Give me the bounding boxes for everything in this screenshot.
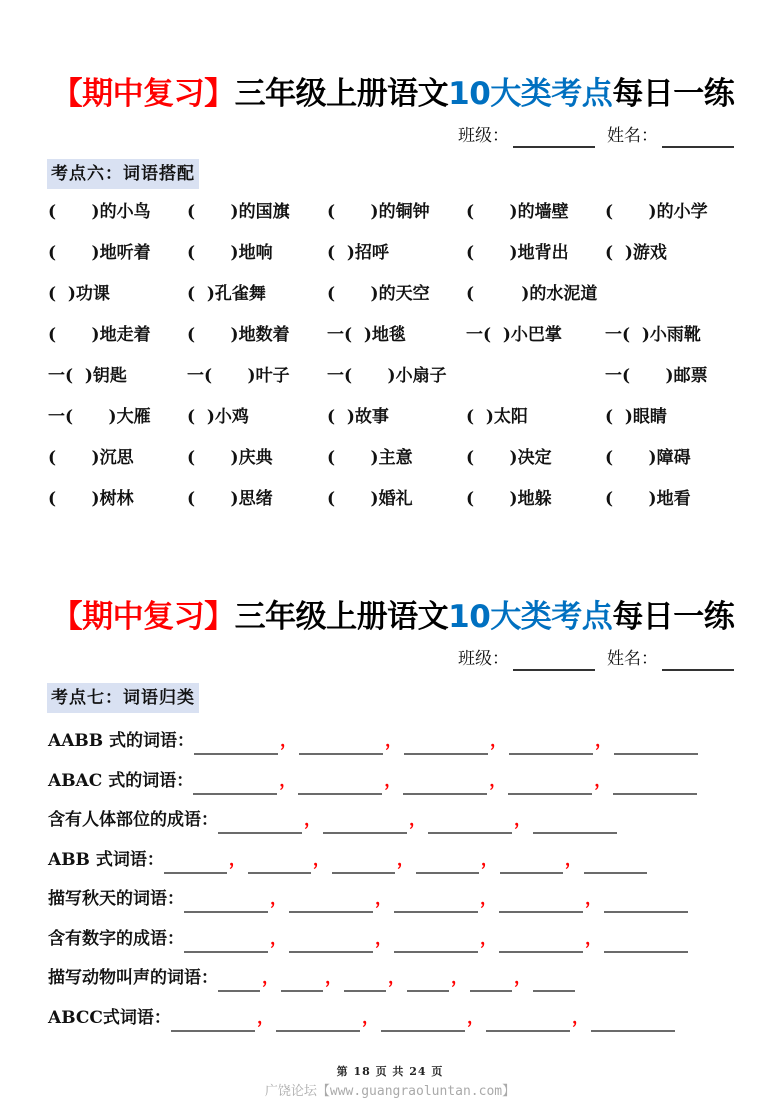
separator-comma: ，: [323, 964, 344, 992]
matching-item[interactable]: 一( )大雁: [48, 402, 151, 432]
page-indicator: 第 18 页 共 24 页: [0, 1063, 780, 1079]
separator-comma: ，: [278, 727, 299, 755]
matching-item[interactable]: ( )小鸡: [187, 402, 249, 432]
class-field[interactable]: [513, 128, 595, 148]
answer-blank[interactable]: [323, 812, 407, 834]
category-label: ABCC式词语：: [48, 1004, 171, 1032]
class-field[interactable]: [513, 651, 595, 671]
matching-item[interactable]: ( )庆典: [187, 443, 273, 473]
answer-blank[interactable]: [407, 970, 449, 992]
separator-comma: ，: [593, 727, 614, 755]
matching-item[interactable]: ( )思绪: [187, 484, 273, 514]
category-row: 描写动物叫声的词语：，，，，，: [48, 964, 575, 992]
separator-comma: ，: [268, 925, 289, 953]
answer-blank[interactable]: [248, 852, 311, 874]
class-label: 班级：: [458, 647, 509, 671]
matching-row: ( )地走着( )地数着一( )地毯一( )小巴掌一( )小雨靴: [48, 320, 768, 350]
separator-comma: ，: [382, 767, 403, 795]
separator-comma: ，: [311, 846, 332, 874]
separator-comma: ，: [383, 727, 404, 755]
answer-blank[interactable]: [394, 931, 478, 953]
separator-comma: ，: [563, 846, 584, 874]
matching-row: ( )的小鸟( )的国旗( )的铜钟( )的墙壁( )的小学: [48, 197, 768, 227]
section-label: 考点六：词语搭配: [47, 159, 199, 189]
matching-item[interactable]: ( )地背出: [466, 238, 569, 268]
answer-blank[interactable]: [613, 773, 697, 795]
matching-item[interactable]: ( )游戏: [605, 238, 667, 268]
separator-comma: ，: [478, 885, 499, 913]
answer-blank[interactable]: [533, 812, 617, 834]
matching-item[interactable]: ( )地躲: [466, 484, 552, 514]
category-label: 描写秋天的词语：: [48, 885, 184, 913]
answer-blank[interactable]: [403, 773, 487, 795]
answer-blank[interactable]: [171, 1010, 255, 1032]
category-label: ABAC 式的词语：: [48, 767, 193, 795]
matching-item[interactable]: ( )故事: [327, 402, 389, 432]
answer-blank[interactable]: [194, 733, 278, 755]
separator-comma: ，: [268, 885, 289, 913]
separator-comma: ，: [360, 1004, 381, 1032]
matching-item[interactable]: ( )主意: [327, 443, 413, 473]
matching-row: ( )树林( )思绪( )婚礼( )地躲( )地看: [48, 484, 768, 514]
title-tag: 【期中复习】: [52, 599, 235, 635]
separator-comma: ，: [583, 925, 604, 953]
category-label: ABB 式词语：: [48, 846, 164, 874]
answer-blank[interactable]: [193, 773, 277, 795]
matching-item[interactable]: ( )招呼: [327, 238, 389, 268]
answer-blank[interactable]: [344, 970, 386, 992]
matching-item[interactable]: ( )孔雀舞: [187, 279, 266, 309]
separator-comma: ，: [465, 1004, 486, 1032]
section-label: 考点七：词语归类: [47, 683, 199, 713]
matching-row: 一( )大雁( )小鸡( )故事( )太阳( )眼睛: [48, 402, 768, 432]
matching-item[interactable]: ( )的墙壁: [466, 197, 569, 227]
category-row: 含有人体部位的成语：，，，: [48, 806, 617, 834]
answer-blank[interactable]: [381, 1010, 465, 1032]
answer-blank[interactable]: [499, 891, 583, 913]
matching-item[interactable]: ( )地听着: [48, 238, 151, 268]
matching-item[interactable]: ( )婚礼: [327, 484, 413, 514]
separator-comma: ，: [386, 964, 407, 992]
name-field[interactable]: [662, 128, 734, 148]
answer-blank[interactable]: [298, 773, 382, 795]
worksheet-title: 【期中复习】三年级上册语文10大类考点每日一练: [48, 597, 738, 637]
answer-blank[interactable]: [591, 1010, 675, 1032]
matching-row: ( )沉思( )庆典( )主意( )决定( )障碍: [48, 443, 768, 473]
matching-item[interactable]: ( )眼睛: [605, 402, 667, 432]
answer-blank[interactable]: [509, 733, 593, 755]
matching-item[interactable]: ( )的国旗: [187, 197, 290, 227]
answer-blank[interactable]: [299, 733, 383, 755]
matching-item[interactable]: 一( )小雨靴: [605, 320, 701, 350]
answer-blank[interactable]: [218, 970, 260, 992]
answer-blank[interactable]: [486, 1010, 570, 1032]
separator-comma: ，: [583, 885, 604, 913]
answer-blank[interactable]: [184, 931, 268, 953]
matching-row: ( )功课( )孔雀舞( )的天空( )的水泥道: [48, 279, 768, 309]
answer-blank[interactable]: [332, 852, 395, 874]
separator-comma: ，: [260, 964, 281, 992]
matching-item[interactable]: ( )地数着: [187, 320, 290, 350]
separator-comma: ，: [512, 806, 533, 834]
name-field[interactable]: [662, 651, 734, 671]
answer-blank[interactable]: [584, 852, 647, 874]
matching-row: ( )地听着( )地响( )招呼( )地背出( )游戏: [48, 238, 768, 268]
title-highlight: 10大类考点: [448, 599, 612, 635]
answer-blank[interactable]: [164, 852, 227, 874]
separator-comma: ，: [487, 767, 508, 795]
matching-item[interactable]: 一( )小巴掌: [466, 320, 562, 350]
separator-comma: ，: [570, 1004, 591, 1032]
separator-comma: ，: [302, 806, 323, 834]
matching-item[interactable]: ( )决定: [466, 443, 552, 473]
answer-blank[interactable]: [281, 970, 323, 992]
answer-blank[interactable]: [604, 891, 688, 913]
category-row: ABAC 式的词语：，，，，: [48, 767, 697, 795]
separator-comma: ，: [478, 925, 499, 953]
separator-comma: ，: [255, 1004, 276, 1032]
category-row: 描写秋天的词语：，，，，: [48, 885, 688, 913]
class-label: 班级：: [458, 124, 509, 148]
answer-blank[interactable]: [276, 1010, 360, 1032]
answer-blank[interactable]: [604, 931, 688, 953]
category-label: 含有数字的成语：: [48, 925, 184, 953]
category-row: ABCC式词语：，，，，: [48, 1004, 675, 1032]
separator-comma: ，: [227, 846, 248, 874]
worksheet-title: 【期中复习】三年级上册语文10大类考点每日一练: [48, 74, 738, 114]
matching-item[interactable]: ( )的天空: [327, 279, 430, 309]
separator-comma: ，: [373, 925, 394, 953]
matching-item[interactable]: ( )功课: [48, 279, 110, 309]
matching-item[interactable]: 一( )邮票: [605, 361, 708, 391]
matching-item[interactable]: 一( )小扇子: [327, 361, 447, 391]
answer-blank[interactable]: [184, 891, 268, 913]
separator-comma: ，: [407, 806, 428, 834]
answer-blank[interactable]: [404, 733, 488, 755]
matching-item[interactable]: ( )的铜钟: [327, 197, 430, 227]
matching-item[interactable]: ( )障碍: [605, 443, 691, 473]
separator-comma: ，: [449, 964, 470, 992]
answer-blank[interactable]: [470, 970, 512, 992]
matching-item[interactable]: ( )地走着: [48, 320, 151, 350]
title-highlight: 10大类考点: [448, 76, 612, 112]
matching-item[interactable]: 一( )地毯: [327, 320, 406, 350]
matching-item[interactable]: ( )树林: [48, 484, 134, 514]
answer-blank[interactable]: [289, 891, 373, 913]
category-label: AABB 式的词语：: [48, 727, 194, 755]
matching-item[interactable]: 一( )钥匙: [48, 361, 127, 391]
name-label: 姓名：: [607, 647, 658, 671]
matching-item[interactable]: ( )地响: [187, 238, 273, 268]
category-label: 描写动物叫声的词语：: [48, 964, 218, 992]
answer-blank[interactable]: [499, 931, 583, 953]
matching-row: 一( )钥匙一( )叶子一( )小扇子一( )邮票: [48, 361, 768, 391]
answer-blank[interactable]: [533, 970, 575, 992]
name-label: 姓名：: [607, 124, 658, 148]
separator-comma: ，: [373, 885, 394, 913]
answer-blank[interactable]: [394, 891, 478, 913]
class-name-row: 班级： 姓名：: [458, 647, 734, 671]
separator-comma: ，: [277, 767, 298, 795]
answer-blank[interactable]: [500, 852, 563, 874]
matching-item[interactable]: 一( )叶子: [187, 361, 290, 391]
category-label: 含有人体部位的成语：: [48, 806, 218, 834]
separator-comma: ，: [592, 767, 613, 795]
answer-blank[interactable]: [508, 773, 592, 795]
matching-item[interactable]: ( )的小学: [605, 197, 708, 227]
answer-blank[interactable]: [428, 812, 512, 834]
category-row: ABB 式词语：，，，，，: [48, 846, 647, 874]
title-tag: 【期中复习】: [52, 76, 235, 112]
matching-item[interactable]: ( )太阳: [466, 402, 528, 432]
separator-comma: ，: [479, 846, 500, 874]
answer-blank[interactable]: [218, 812, 302, 834]
answer-blank[interactable]: [289, 931, 373, 953]
answer-blank[interactable]: [416, 852, 479, 874]
category-row: 含有数字的成语：，，，，: [48, 925, 688, 953]
separator-comma: ，: [512, 964, 533, 992]
answer-blank[interactable]: [614, 733, 698, 755]
site-watermark: 广饶论坛【www.guangraoluntan.com】: [0, 1080, 780, 1099]
matching-item[interactable]: ( )地看: [605, 484, 691, 514]
matching-item[interactable]: ( )的水泥道: [466, 279, 597, 309]
matching-item[interactable]: ( )的小鸟: [48, 197, 151, 227]
separator-comma: ，: [488, 727, 509, 755]
matching-item[interactable]: ( )沉思: [48, 443, 134, 473]
category-row: AABB 式的词语：，，，，: [48, 727, 698, 755]
class-name-row: 班级： 姓名：: [458, 124, 734, 148]
separator-comma: ，: [395, 846, 416, 874]
